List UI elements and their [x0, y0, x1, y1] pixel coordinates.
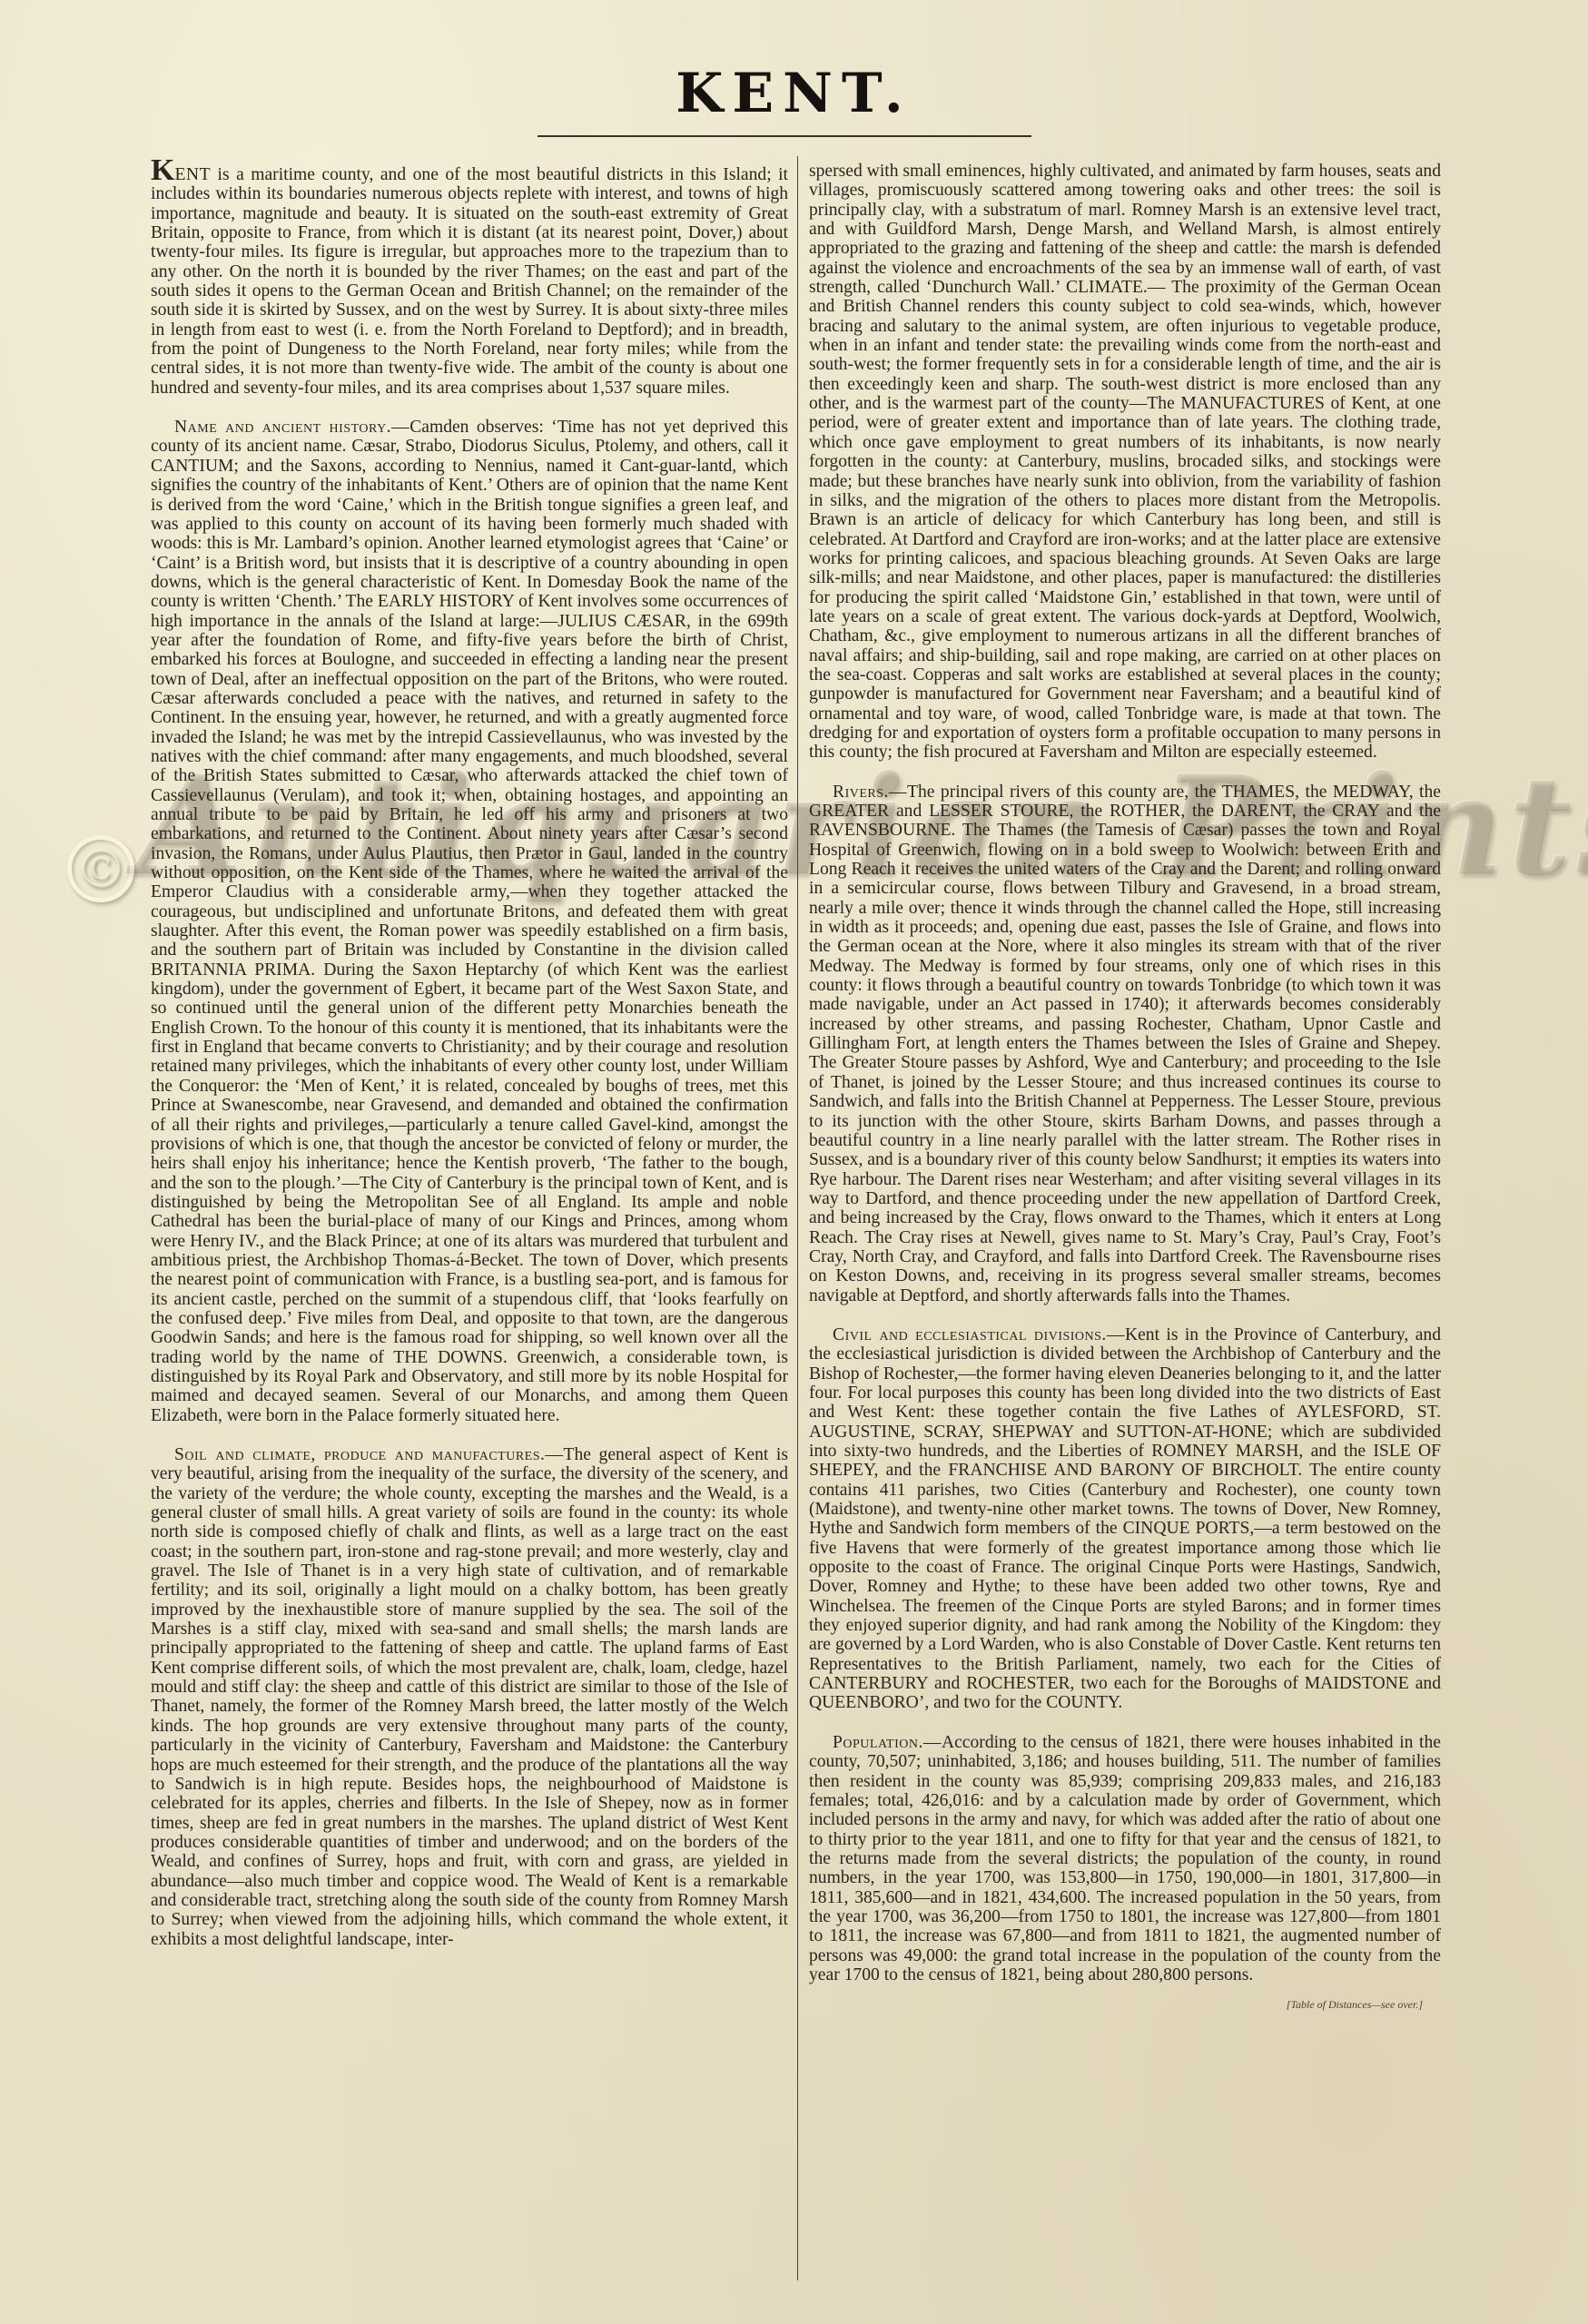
copyright-icon: © [67, 835, 134, 902]
page-title: KENT. [0, 62, 1588, 125]
left-column: KENT is a maritime county, and one of th… [151, 162, 788, 1969]
section-soil-climate: Soil and climate, produce and manufactur… [151, 1445, 788, 1949]
section-population: Population.—According to the census of 1… [809, 1733, 1441, 1984]
section-name-history: Name and ancient history.—Camden observe… [151, 418, 788, 1425]
intro-paragraph: KENT is a maritime county, and one of th… [151, 162, 788, 398]
intro-text: is a maritime county, and one of the mos… [151, 165, 788, 398]
section-heading: Rivers.— [833, 783, 907, 802]
section-rivers: Rivers.—The principal rivers of this cou… [809, 783, 1441, 1305]
column-divider [797, 156, 798, 2280]
right-column: spersed with small eminences, highly cul… [809, 162, 1441, 2015]
section-body: Kent is in the Province of Canterbury, a… [809, 1325, 1441, 1713]
section-soil-climate-continued: spersed with small eminences, highly cul… [809, 162, 1441, 763]
section-heading: Name and ancient history.— [174, 418, 409, 437]
drop-cap: K [151, 153, 174, 187]
document-page: Antiquarian Prints. © KENT. KENT is a ma… [0, 0, 1588, 2324]
section-civil-divisions: Civil and ecclesiastical divisions.—Kent… [809, 1325, 1441, 1713]
section-body: The general aspect of Kent is very beaut… [151, 1445, 788, 1949]
intro-lead: ENT [174, 165, 211, 184]
section-body: The principal rivers of this county are,… [809, 783, 1441, 1305]
section-body: Camden observes: ‘Time has not yet depri… [151, 418, 788, 1425]
section-body: spersed with small eminences, highly cul… [809, 162, 1441, 762]
title-underline [538, 135, 1031, 137]
section-heading: Civil and ecclesiastical divisions.— [833, 1325, 1125, 1344]
footer-note: [Table of Distances—see over.] [809, 1995, 1441, 2014]
section-body: According to the census of 1821, there w… [809, 1733, 1441, 1984]
section-heading: Soil and climate, produce and manufactur… [174, 1445, 564, 1464]
section-heading: Population.— [833, 1733, 942, 1752]
